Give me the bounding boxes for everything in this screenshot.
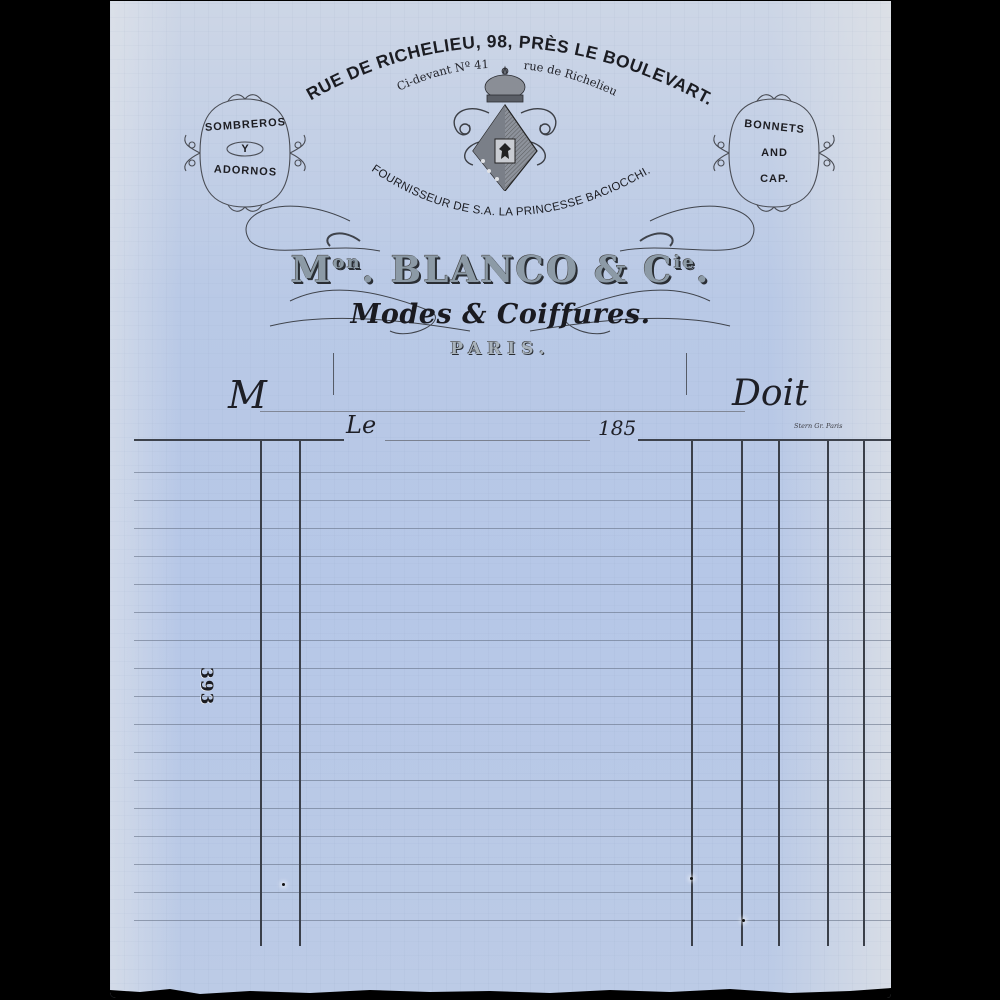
invoice-paper: RUE DE RICHELIEU, 98, PRÈS LE BOULEVART.… bbox=[110, 1, 891, 998]
cartouche-left-line2: Y bbox=[178, 143, 313, 155]
recipient-field[interactable] bbox=[260, 411, 745, 412]
firm-name-prefix: M bbox=[291, 249, 333, 291]
ledger-column-divider bbox=[741, 441, 743, 946]
header-divider-right bbox=[686, 353, 687, 395]
ledger-column-divider bbox=[691, 441, 693, 946]
ledger-column-divider bbox=[863, 441, 865, 946]
cartouche-right-line2: AND bbox=[707, 147, 842, 159]
header-divider-left bbox=[333, 353, 334, 395]
date-label: Le bbox=[346, 411, 376, 439]
firm-name-suffix-sup: ie bbox=[674, 252, 696, 273]
coat-of-arms-icon bbox=[445, 61, 565, 191]
torn-edge bbox=[110, 986, 891, 998]
pinhole bbox=[742, 919, 745, 922]
firm-name-main: . BLANCO & C bbox=[362, 249, 674, 291]
ledger-column-divider bbox=[299, 441, 301, 946]
firm-name-prefix-sup: on bbox=[333, 252, 362, 273]
firm-trade: Modes & Coiffures. bbox=[110, 299, 891, 330]
pinhole bbox=[282, 883, 285, 886]
sheet-number: 393 bbox=[196, 667, 216, 706]
pinhole bbox=[690, 877, 693, 880]
firm-city: PARIS. bbox=[110, 339, 891, 359]
ledger-column-divider bbox=[827, 441, 829, 946]
firm-name-end: . bbox=[696, 249, 711, 291]
firm-name: Mon. BLANCO & Cie. bbox=[110, 249, 891, 291]
owes-label: Doit bbox=[732, 373, 809, 414]
ledger-grid: 393 bbox=[134, 441, 891, 946]
year-prefix: 185 bbox=[598, 416, 636, 440]
engraver-credit: Stern Gr. Paris bbox=[794, 422, 842, 430]
ledger-column-divider bbox=[260, 441, 262, 946]
ledger-column-divider bbox=[778, 441, 780, 946]
